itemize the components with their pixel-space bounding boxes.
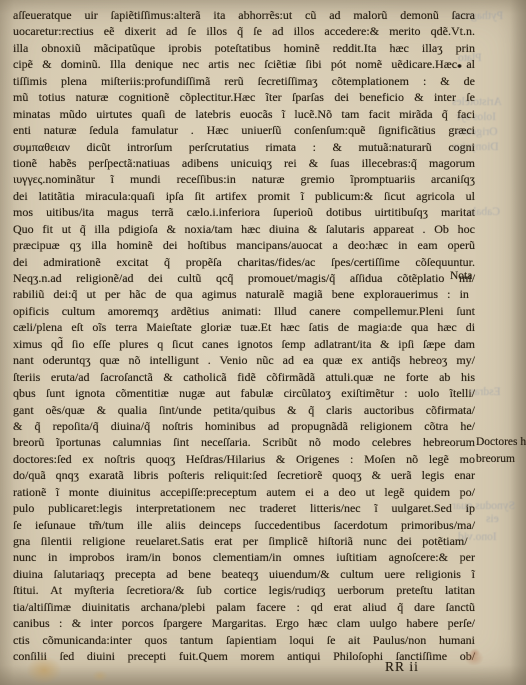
text-line: cæli/plena eſt oĩs terra Maieſtate glori…	[13, 319, 475, 335]
text-line-content: cæli/plena eſt oĩs terra Maieſtate glori…	[13, 319, 475, 335]
text-line: qbus ſunt ignota cõmentitiæ nugæ aut fab…	[13, 385, 475, 401]
text-line: rationẽ ĩ monte diuinitus accepiſſe:prec…	[13, 484, 475, 500]
text-line-content: rationẽ ĩ monte diuinitus accepiſſe:prec…	[13, 484, 475, 500]
text-line: do/quã qnqʒ exaratã libris poſteris reli…	[13, 467, 475, 483]
text-line-content: tia/altiſſimæ diuinitatis archana/plebi …	[13, 599, 475, 615]
text-line-content: rabiliũ dei:q̃ ut per hãc de qua agimus …	[13, 286, 469, 302]
paper-stain	[92, 670, 108, 682]
text-line: συμπαθειαν dicũt introrſum perſcrutatius…	[13, 139, 475, 155]
text-line: illa obnoxiũ mãcipatũque iprobis poteſta…	[13, 40, 475, 56]
text-line: Quo fit ut q̃ illa pdigioſa & noxia/tam …	[13, 221, 475, 237]
text-line-content: ιυγγες.nominãtur ĩ mundi receſſibus:in n…	[13, 171, 475, 187]
text-line-content: uocaretur:rectius eẽ dixerit ad ſe illos…	[13, 23, 475, 39]
text-line-content: doctores:ſed ex noſtris quoqʒ Heſdras/Hi…	[13, 451, 475, 467]
text-line-content: opificis cultum amoremqʒ ardẽtius animat…	[13, 303, 475, 319]
text-line: ſe ieſunaue tm̃/tum ille aliis deinceps …	[13, 517, 475, 533]
text-line: tiſſimis plena miſteriis:profundiſſimã r…	[13, 73, 475, 89]
text-line: doctores:ſed ex noſtris quoqʒ Heſdras/Hi…	[13, 451, 475, 467]
book-page: PythagorasPlatoAristotelesIolos syrOrige…	[0, 0, 526, 685]
text-line-content: nant oderuntqʒ quæ nõ intelligunt . Veni…	[13, 352, 475, 368]
text-line: aſſeueratque uir ſapiẽtiſſimus:alterã it…	[13, 7, 475, 23]
main-text-block: aſſeueratque uir ſapiẽtiſſimus:alterã it…	[13, 7, 475, 665]
text-line-content: ſe ieſunaue tm̃/tum ille aliis deinceps …	[13, 517, 475, 533]
text-line-content: minatas mũdo uirtutes quaſi de latebris …	[13, 106, 475, 122]
text-line: præcipuæ qʒ illa hominẽ dei hoſtibus man…	[13, 237, 475, 253]
text-line-content: breorũ ĩportunas calumnias ſint neceſſar…	[13, 434, 475, 450]
text-line: gna ſilentii religione reuelaret.Satis e…	[13, 533, 475, 549]
text-line-content: συμπαθειαν dicũt introrſum perſcrutatius…	[13, 139, 475, 155]
showthrough-margin-note: eis	[486, 513, 499, 526]
printed-margin-note: breorum	[476, 453, 515, 466]
text-line: ctis cõmunicanda:inter quos tantum ſapie…	[13, 632, 475, 648]
text-line: breorũ ĩportunas calumnias ſint neceſſar…	[13, 434, 475, 450]
text-line: ximus qd̃ ſio eſſe plures q ſicut canes …	[13, 336, 475, 352]
text-line-content: diuina ſalutariaqʒ precepta ad bene beat…	[13, 566, 475, 582]
text-line-content: do/quã qnqʒ exaratã libris poſteris reli…	[13, 467, 475, 483]
text-line-content: enti naturæ ſedula famulatur . Hæc uniue…	[13, 122, 475, 138]
text-line-content: ſtitui. At myſteria ſecretiora/& ſub cor…	[13, 582, 475, 598]
text-line-content: tionẽ habẽs perſpectã:natiuas adibens un…	[13, 155, 475, 171]
text-line: dei admirationẽ excitat q̃ propẽſa chari…	[13, 254, 475, 270]
text-line: cipẽ & dominũ. Illa denique nec artis ne…	[13, 56, 475, 72]
text-line-content: nunc in improbos iram/in bonos clementia…	[13, 549, 475, 565]
text-line: enti naturæ ſedula famulatur . Hæc uniue…	[13, 122, 475, 138]
text-line-content: gant oẽs/quæ & qualia ſint/unde petita/q…	[13, 402, 475, 418]
text-line: mos uitibus/ita magus terrã cælo.i.infer…	[13, 204, 475, 220]
text-line: tionẽ habẽs perſpectã:natiuas adibens un…	[13, 155, 475, 171]
text-line: diuina ſalutariaqʒ precepta ad bene beat…	[13, 566, 475, 582]
text-line: nant oderuntqʒ quæ nõ intelligunt . Veni…	[13, 352, 475, 368]
text-line: nunc in improbos iram/in bonos clementia…	[13, 549, 475, 565]
text-line: pulo publicaret:legis interpretationem n…	[13, 500, 475, 516]
text-line: uocaretur:rectius eẽ dixerit ad ſe illos…	[13, 23, 475, 39]
text-line-content: mos uitibus/ita magus terrã cælo.i.infer…	[13, 204, 475, 220]
text-line-content: Neqʒ.n.ad religionẽ/ad dei cultũ qcq̃ pr…	[13, 270, 475, 286]
text-line-content: canibus : & inter porcos ſpargere Margar…	[13, 615, 475, 631]
text-line-content: tiſſimis plena miſteriis:profundiſſimã r…	[13, 73, 475, 89]
text-line-content: præcipuæ qʒ illa hominẽ dei hoſtibus man…	[13, 237, 475, 253]
text-line-content: pulo publicaret:legis interpretationem n…	[13, 500, 475, 516]
text-line: canibus : & inter porcos ſpargere Margar…	[13, 615, 475, 631]
text-line: mũ totius naturæ cognitionẽ cõplectitur.…	[13, 89, 475, 105]
text-line: opificis cultum amoremqʒ ardẽtius animat…	[13, 303, 475, 319]
text-line: tia/altiſſimæ diuinitatis archana/plebi …	[13, 599, 475, 615]
text-line: Neqʒ.n.ad religionẽ/ad dei cultũ qcq̃ pr…	[13, 270, 475, 286]
text-line-content: dei latitãtia miracula:quaſi ipſa ſit ar…	[13, 188, 475, 204]
text-line-content: qbus ſunt ignota cõmentitiæ nugæ aut fab…	[13, 385, 475, 401]
text-line: ιυγγες.nominãtur ĩ mundi receſſibus:in n…	[13, 171, 475, 187]
text-line-content: aſſeueratque uir ſapiẽtiſſimus:alterã it…	[13, 7, 475, 23]
text-line-content: Quo fit ut q̃ illa pdigioſa & noxia/tam …	[13, 221, 475, 237]
text-line-content: ſteriis eruta/ad ſacroſanctã & catholicã…	[13, 369, 475, 385]
text-line-content: cipẽ & dominũ. Illa denique nec artis ne…	[13, 56, 475, 72]
text-line: rabiliũ dei:q̃ ut per hãc de qua agimus …	[13, 286, 475, 302]
text-line-content: gna ſilentii religione reuelaret.Satis e…	[13, 533, 468, 549]
text-line: dei latitãtia miracula:quaſi ipſa ſit ar…	[13, 188, 475, 204]
text-line-content: ximus qd̃ ſio eſſe plures q ſicut canes …	[13, 336, 475, 352]
text-line-content: illa obnoxiũ mãcipatũque iprobis poteſta…	[13, 40, 475, 56]
printed-margin-note: Doctores he	[476, 436, 526, 449]
text-line: & q̃ repoſita/q̃ diuina/q̃ noſtris homin…	[13, 418, 475, 434]
text-line: minatas mũdo uirtutes quaſi de latebris …	[13, 106, 475, 122]
text-line-content: dei admirationẽ excitat q̃ propẽſa chari…	[13, 254, 475, 270]
text-line: ſteriis eruta/ad ſacroſanctã & catholicã…	[13, 369, 475, 385]
printed-margin-note: Nota	[450, 270, 472, 283]
signature-mark: RR ii	[385, 659, 419, 675]
text-line-content: & q̃ repoſita/q̃ diuina/q̃ noſtris homin…	[13, 418, 475, 434]
text-line: ſtitui. At myſteria ſecretiora/& ſub cor…	[13, 582, 475, 598]
text-line-content: mũ totius naturæ cognitionẽ cõplectitur.…	[13, 89, 475, 105]
text-line: gant oẽs/quæ & qualia ſint/unde petita/q…	[13, 402, 475, 418]
text-line-content: ctis cõmunicanda:inter quos tantum ſapie…	[13, 632, 475, 648]
ink-speck	[457, 64, 462, 68]
